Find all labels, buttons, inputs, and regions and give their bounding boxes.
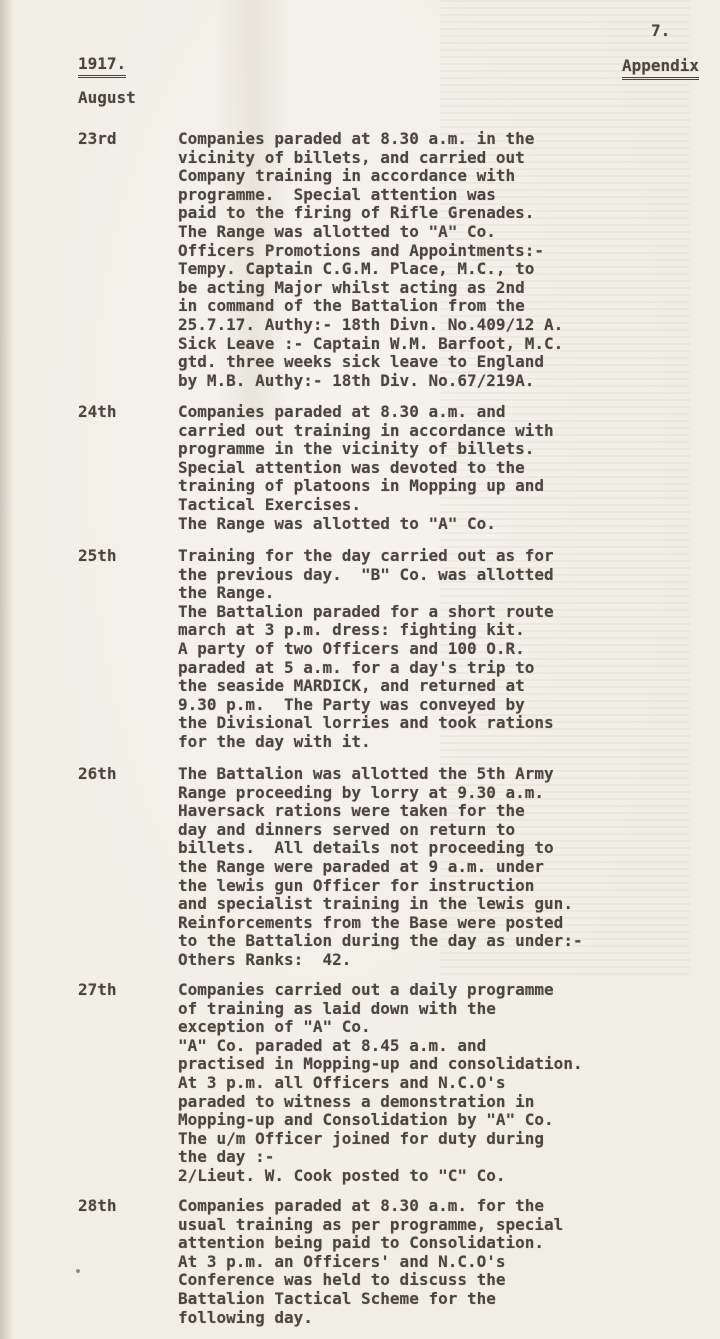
entry-body: Companies paraded at 8.30 a.m. in the vi… <box>178 130 614 390</box>
year-heading-text: 1917. <box>78 55 126 78</box>
appendix-heading-text: Appendix <box>622 57 699 80</box>
entry-date: 26th <box>78 765 117 784</box>
entry-body: Training for the day carried out as for … <box>178 547 614 752</box>
entry-date: 25th <box>78 547 117 566</box>
entry-date: 28th <box>78 1197 117 1216</box>
page-number: 7. <box>651 22 670 41</box>
entry-body: Companies carried out a daily programme … <box>178 981 614 1186</box>
entry-body: Companies paraded at 8.30 a.m. and carri… <box>178 403 614 533</box>
ink-speck <box>76 1269 80 1273</box>
entry-date: 23rd <box>78 130 117 149</box>
entry-body: Companies paraded at 8.30 a.m. for the u… <box>178 1197 614 1327</box>
entry-date: 24th <box>78 403 117 422</box>
appendix-heading: Appendix <box>622 57 699 80</box>
scanned-war-diary-page: 7. 1917. Appendix August 23rd Companies … <box>0 0 720 1339</box>
month-label: August <box>78 89 136 108</box>
year-heading: 1917. <box>78 55 126 78</box>
entry-date: 27th <box>78 981 117 1000</box>
entry-body: The Battalion was allotted the 5th Army … <box>178 765 614 970</box>
